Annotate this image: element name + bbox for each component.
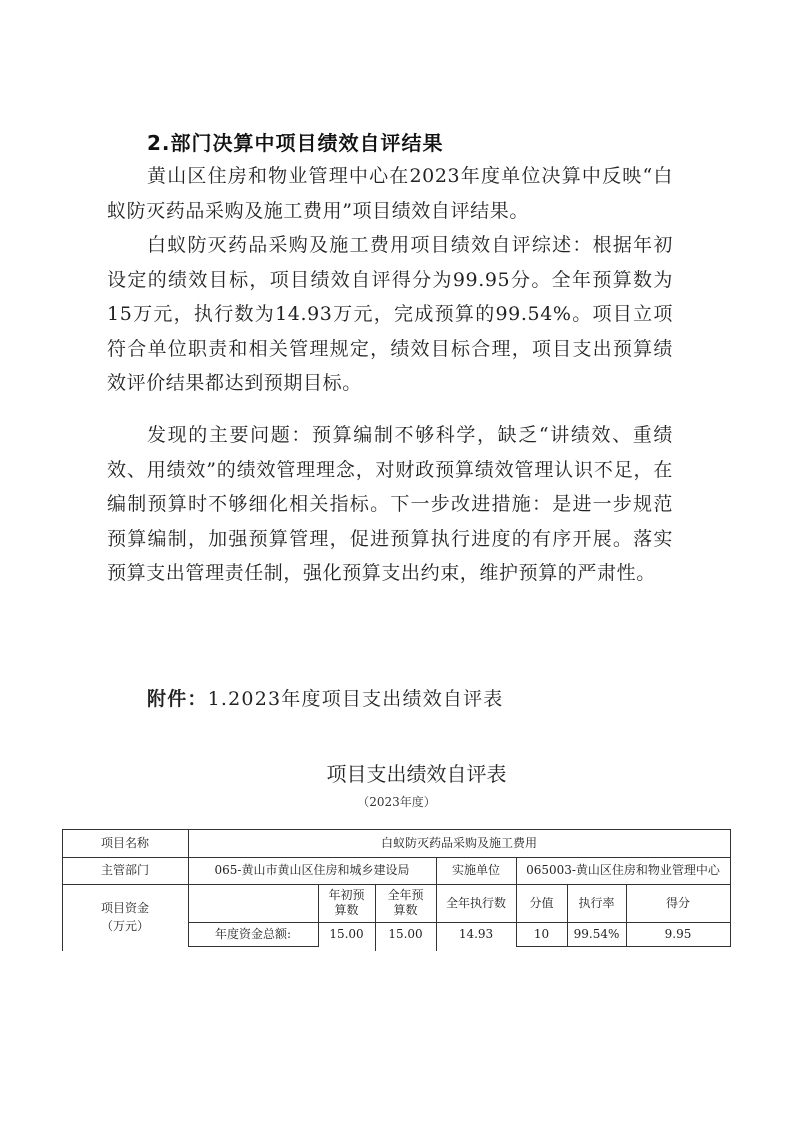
cell-header-score-weight: 分值 (516, 884, 567, 922)
cell-project-name-value: 白蚁防灭药品采购及施工费用 (188, 829, 730, 857)
section-heading: 2.部门决算中项目绩效自评结果 (147, 127, 444, 156)
funds-label-line1: 项目资金 (101, 901, 149, 916)
cell-header-execution-rate: 执行率 (567, 884, 626, 922)
cell-total-score-weight: 10 (516, 922, 567, 946)
cell-funds-label: 项目资金 （万元） (62, 884, 188, 946)
table-line-bottom-a (188, 946, 319, 947)
table-border-right (730, 829, 731, 947)
cell-implementing-unit-value: 065003-黄山区住房和物业管理中心 (516, 857, 730, 884)
funds-label-line2: （万元） (101, 919, 149, 934)
header-annual-budget-l2: 算数 (393, 903, 417, 918)
cell-total-label: 年度资金总额: (188, 922, 318, 946)
paragraph-summary: 白蚁防灭药品采购及施工费用项目绩效自评综述：根据年初设定的绩效目标，项目绩效自评… (107, 228, 673, 401)
cell-department-label: 主管部门 (62, 857, 188, 884)
table-subtitle: （2023年度） (0, 793, 793, 810)
cell-header-initial-budget: 年初预 算数 (318, 884, 375, 922)
paragraph-issues: 发现的主要问题：预算编制不够科学，缺乏“讲绩效、重绩效、用绩效”的绩效管理理念，… (107, 418, 673, 591)
cell-total-annual-execution: 14.93 (436, 922, 516, 946)
header-initial-budget-l2: 算数 (334, 903, 358, 918)
cell-total-score: 9.95 (626, 922, 730, 946)
cell-implementing-unit-label: 实施单位 (436, 857, 516, 884)
header-initial-budget-l1: 年初预 (328, 888, 364, 903)
table-line-bottom-b (516, 946, 731, 947)
cell-total-execution-rate: 99.54% (567, 922, 626, 946)
table-title: 项目支出绩效自评表 (0, 758, 793, 787)
cell-header-annual-budget: 全年预 算数 (375, 884, 436, 922)
cell-project-name-label: 项目名称 (62, 829, 188, 857)
cell-header-score: 得分 (626, 884, 730, 922)
attachment-line: 附件：1.2023年度项目支出绩效自评表 (147, 684, 504, 711)
cell-header-annual-execution: 全年执行数 (436, 884, 516, 922)
cell-department-value: 065-黄山市黄山区住房和城乡建设局 (188, 857, 436, 884)
paragraph-intro: 黄山区住房和物业管理中心在2023年度单位决算中反映“白蚁防灭药品采购及施工费用… (107, 159, 673, 228)
header-annual-budget-l1: 全年预 (387, 888, 423, 903)
attachment-label: 附件： (147, 688, 208, 710)
attachment-text: 1.2023年度项目支出绩效自评表 (208, 688, 504, 710)
cell-total-annual-budget: 15.00 (375, 922, 436, 946)
cell-total-initial-budget: 15.00 (318, 922, 375, 946)
